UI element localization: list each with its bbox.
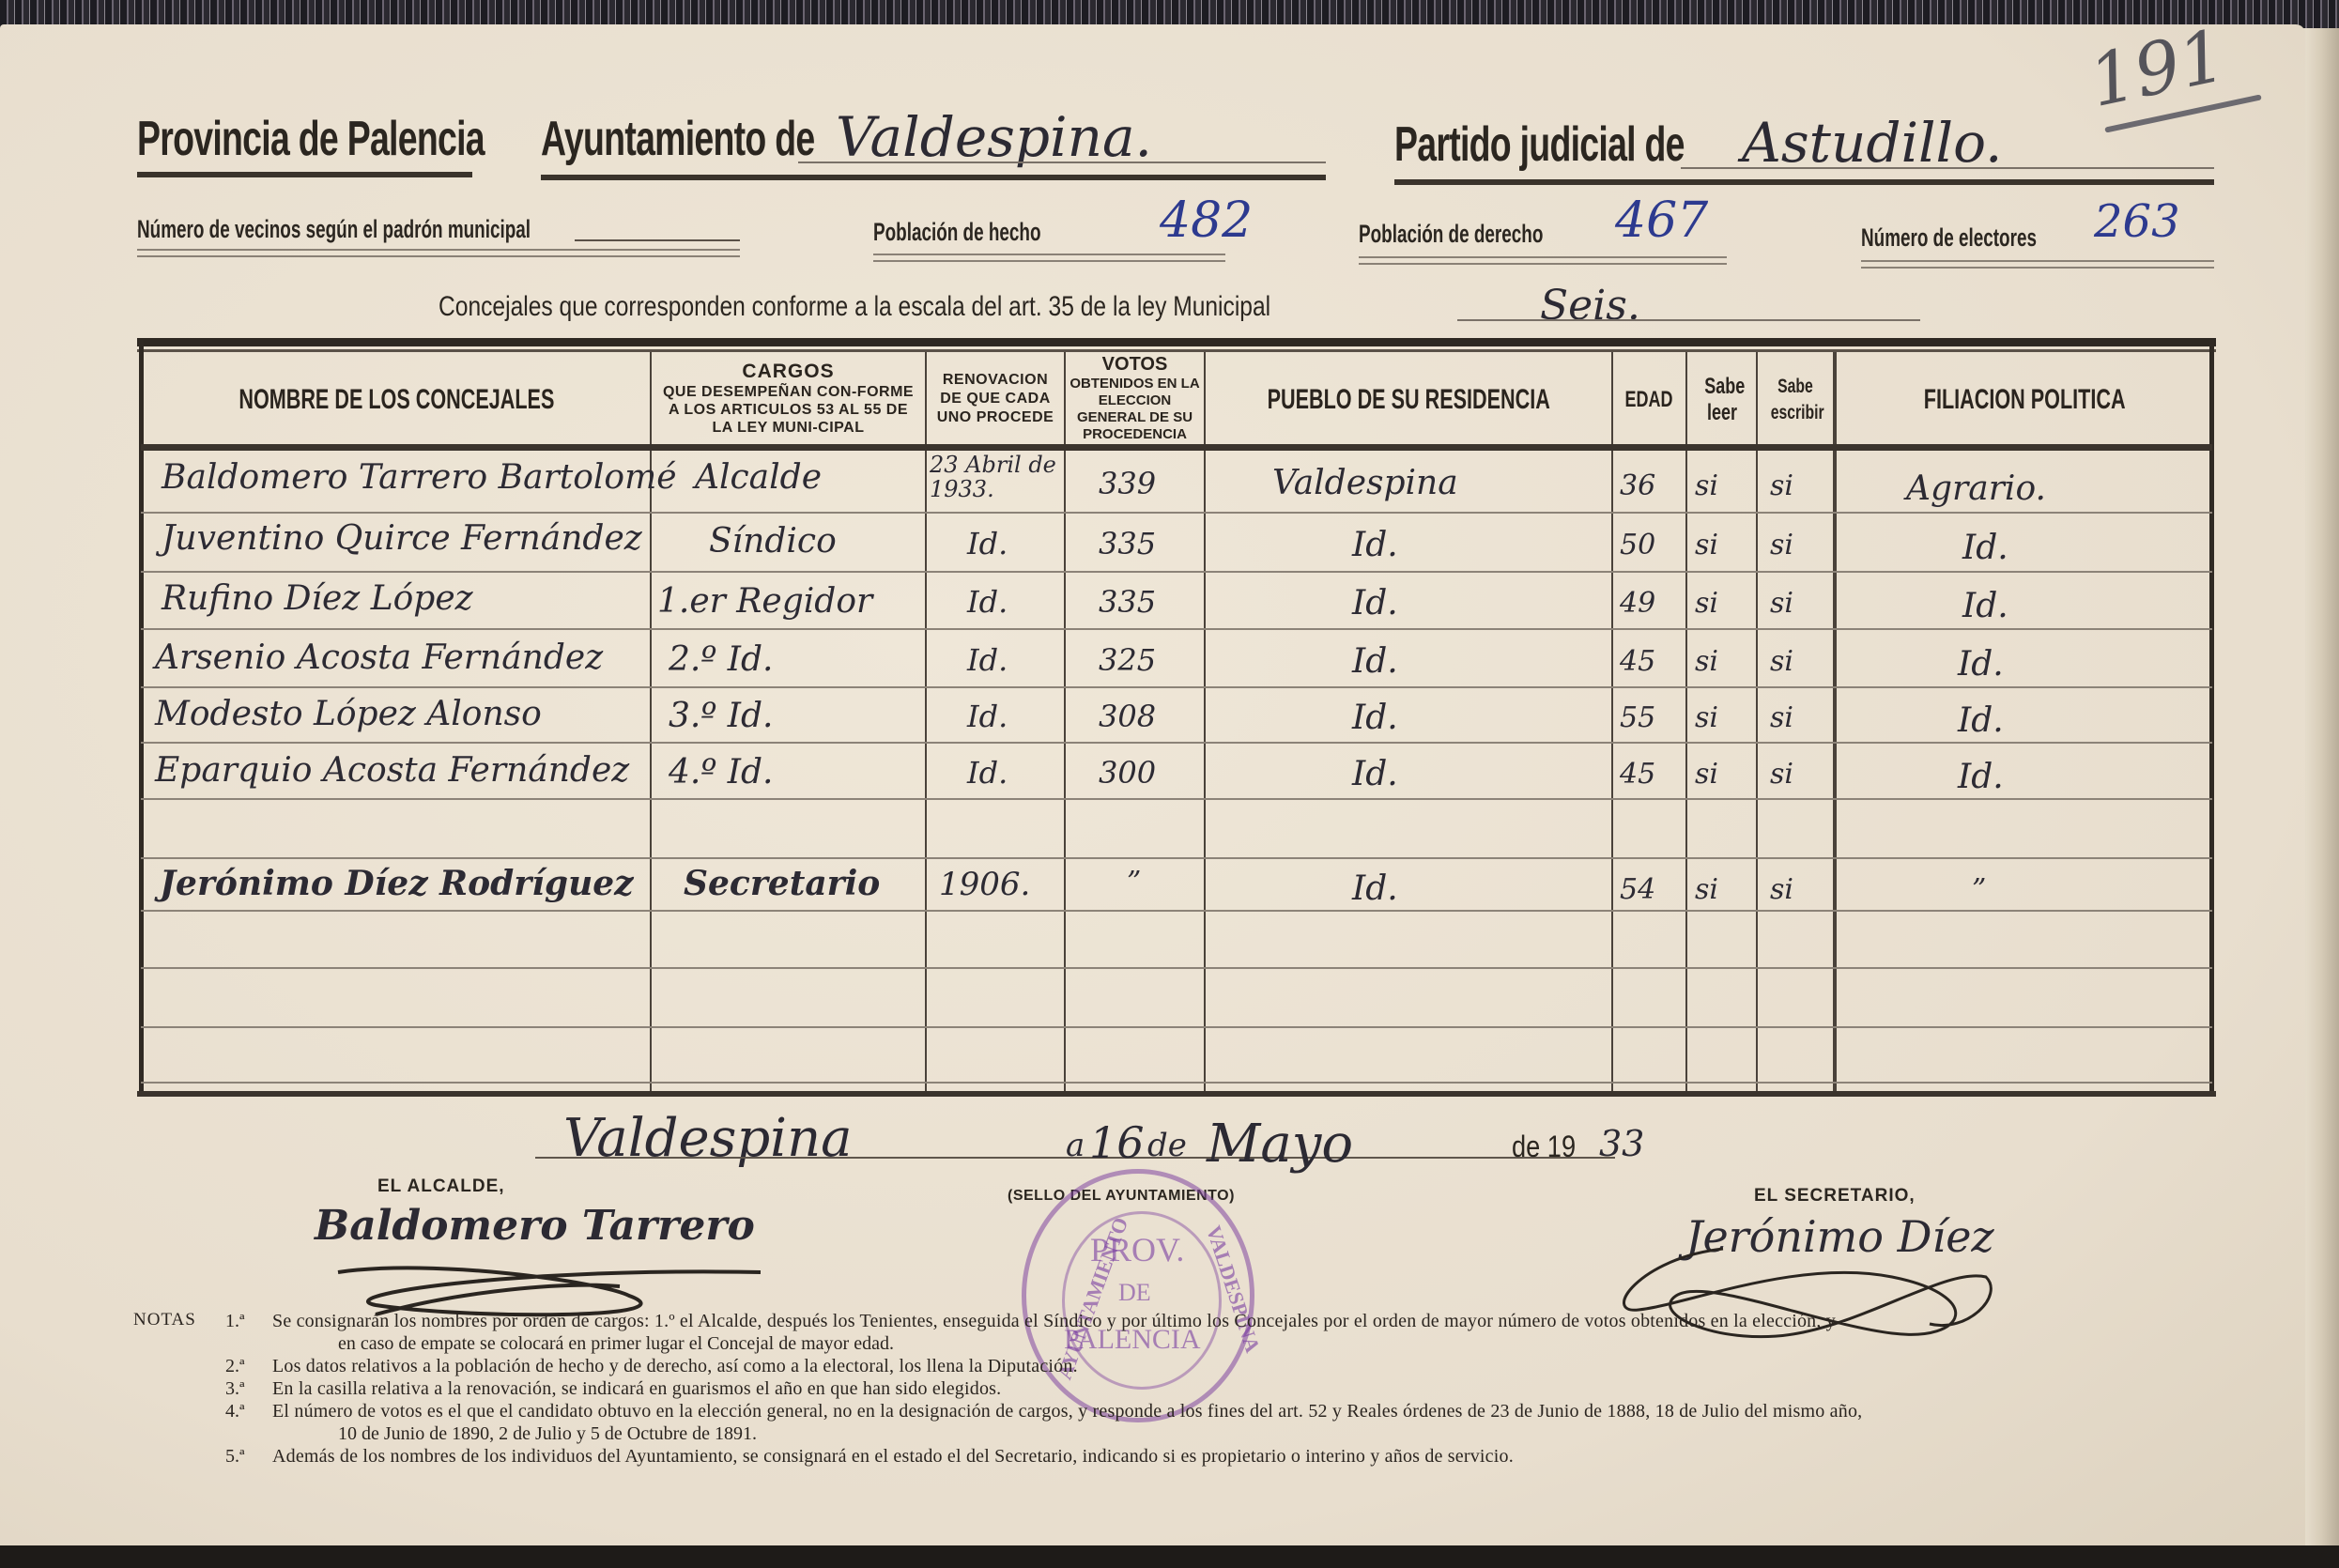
cell-renovacion: Id. — [967, 526, 1008, 561]
note-item: 4.ª El número de votos es el que el cand… — [133, 1400, 2246, 1422]
cell-pueblo: Id. — [1352, 869, 1398, 908]
cell-edad: 54 — [1620, 873, 1655, 906]
electores-rule-1 — [1861, 260, 2214, 262]
row-rule — [141, 628, 2212, 630]
cell-votos: 325 — [1099, 642, 1156, 678]
cell-filiacion: Id. — [1962, 587, 2008, 625]
header-sabe-escribir: Sabe escribir — [1758, 355, 1833, 444]
cell-escribir: si — [1770, 469, 1793, 502]
cell-leer: si — [1695, 469, 1718, 502]
col-divider — [1064, 352, 1066, 1097]
row-rule — [141, 1082, 2212, 1084]
electores-rule-2 — [1861, 267, 2214, 269]
poblacion-derecho-label: Población de derecho — [1359, 220, 1543, 249]
hecho-rule-1 — [873, 254, 1225, 255]
row-rule — [141, 512, 2212, 514]
header-bottom-border — [141, 444, 2212, 451]
derecho-rule-2 — [1359, 263, 1727, 265]
derecho-rule-1 — [1359, 256, 1727, 258]
row-rule — [141, 742, 2212, 744]
header-pueblo: PUEBLO DE SU RESIDENCIA — [1206, 355, 1611, 444]
cell-nombre: Jerónimo Díez Rodríguez — [160, 864, 634, 903]
partido-underline — [1394, 179, 2214, 185]
row-rule — [141, 910, 2212, 912]
cell-edad: 55 — [1620, 701, 1655, 734]
row-rule — [141, 967, 2212, 969]
cell-votos: 335 — [1099, 526, 1156, 561]
cell-filiacion: Agrario. — [1906, 469, 2046, 508]
cell-renovacion: Id. — [967, 584, 1008, 620]
alcalde-label: EL ALCALDE, — [377, 1176, 505, 1197]
header-nombre: NOMBRE DE LOS CONCEJALES — [144, 355, 650, 444]
bottom-shadow — [0, 1545, 2339, 1568]
vecinos-rule-2 — [137, 255, 740, 257]
cell-cargo: Síndico — [709, 522, 837, 561]
electores-label: Número de electores — [1861, 223, 2037, 253]
header-cargos: CARGOS QUE DESEMPEÑAN CON-FORME A LOS AR… — [652, 353, 925, 444]
cell-escribir: si — [1770, 701, 1793, 734]
cell-escribir: si — [1770, 873, 1793, 906]
cell-votos: 335 — [1099, 584, 1156, 620]
row-rule — [141, 1026, 2212, 1028]
cell-leer: si — [1695, 701, 1718, 734]
cell-filiacion: Id. — [1958, 758, 2004, 796]
note-item-continuation: en caso de empate se colocará en primer … — [133, 1332, 2246, 1355]
date-de1: de — [1147, 1127, 1187, 1164]
header-cargos-sub: QUE DESEMPEÑAN CON-FORME A LOS ARTICULOS… — [652, 383, 925, 437]
cell-filiacion: Id. — [1962, 529, 2008, 567]
hecho-rule-2 — [873, 260, 1225, 262]
cell-pueblo: Id. — [1352, 699, 1398, 737]
cell-votos: 300 — [1099, 755, 1156, 791]
partido-fill-line — [1681, 167, 2214, 169]
cell-votos: 308 — [1099, 699, 1156, 734]
col-divider — [1204, 352, 1206, 1097]
cell-escribir: si — [1770, 529, 1793, 561]
header-renovacion: RENOVACION DE QUE CADA UNO PROCEDE — [927, 353, 1064, 444]
cell-renovacion: Id. — [967, 699, 1008, 734]
cell-edad: 49 — [1620, 587, 1655, 620]
date-year-suffix: 33 — [1599, 1123, 1644, 1164]
ayuntamiento-fill-line — [798, 161, 1326, 163]
date-a: a — [1066, 1127, 1085, 1164]
cell-filiacion: Id. — [1958, 645, 2004, 684]
cell-nombre: Eparquio Acosta Fernández — [155, 751, 629, 790]
ayuntamiento-label: Ayuntamiento de — [541, 111, 815, 167]
cell-renovacion: 23 Abril de 1933. — [930, 453, 1061, 501]
cell-nombre: Juventino Quirce Fernández — [162, 519, 642, 558]
vecinos-rule-1 — [137, 249, 740, 251]
cell-cargo: Secretario — [684, 864, 880, 903]
stamp-text-mid: DE — [1118, 1279, 1151, 1307]
col-divider — [1756, 352, 1758, 1097]
date-place: Valdespina — [563, 1108, 853, 1169]
row-rule — [141, 857, 2212, 859]
table-bottom-border — [137, 1091, 2216, 1097]
cell-filiacion: ” — [1972, 873, 1986, 906]
header-votos: VOTOS OBTENIDOS EN LA ELECCION GENERAL D… — [1066, 353, 1204, 444]
vecinos-label: Número de vecinos según el padrón munici… — [137, 215, 531, 244]
secretario-label: EL SECRETARIO, — [1754, 1186, 1916, 1207]
cell-nombre: Rufino Díez López — [162, 579, 473, 618]
ayuntamiento-value: Valdespina. — [836, 105, 1152, 169]
cell-edad: 45 — [1620, 645, 1655, 678]
date-de2: de 19 — [1512, 1130, 1576, 1164]
cell-pueblo: Id. — [1352, 526, 1398, 564]
cell-votos: ” — [1127, 866, 1141, 899]
col-divider — [1833, 352, 1837, 1097]
cell-renovacion: Id. — [967, 755, 1008, 791]
row-rule — [141, 571, 2212, 573]
cell-escribir: si — [1770, 645, 1793, 678]
notes-section: NOTAS 1.ª Se consignarán los nombres por… — [133, 1310, 2246, 1468]
row-rule — [141, 798, 2212, 800]
poblacion-derecho-value: 467 — [1615, 192, 1708, 249]
cell-cargo: 2.º Id. — [669, 640, 773, 679]
cell-cargo: 3.º Id. — [669, 697, 773, 735]
header-filiacion: FILIACION POLITICA — [1837, 355, 2212, 444]
col-divider — [925, 352, 927, 1097]
cell-cargo: 4.º Id. — [669, 753, 773, 792]
note-item: 3.ª En la casilla relativa a la renovaci… — [133, 1377, 2246, 1400]
cell-nombre: Arsenio Acosta Fernández — [155, 638, 603, 677]
cell-renovacion: 1906. — [939, 866, 1030, 903]
partido-label: Partido judicial de — [1394, 116, 1685, 173]
note-item: 5.ª Además de los nombres de los individ… — [133, 1445, 2246, 1468]
note-item-continuation: 10 de Junio de 1890, 2 de Julio y 5 de O… — [133, 1422, 2246, 1445]
poblacion-hecho-label: Población de hecho — [873, 218, 1041, 247]
cell-pueblo: Valdespina — [1272, 464, 1458, 502]
cell-leer: si — [1695, 529, 1718, 561]
provincia-underline — [137, 172, 472, 177]
ayuntamiento-underline — [541, 175, 1326, 180]
header-cargos-title: CARGOS — [742, 361, 834, 383]
cell-cargo: Alcalde — [695, 458, 822, 497]
cell-pueblo: Id. — [1352, 642, 1398, 681]
cell-escribir: si — [1770, 587, 1793, 620]
cell-edad: 50 — [1620, 529, 1655, 561]
date-month: Mayo — [1207, 1114, 1353, 1175]
cell-edad: 36 — [1620, 469, 1655, 502]
concejales-value: Seis. — [1540, 282, 1640, 330]
cell-escribir: si — [1770, 758, 1793, 791]
header-votos-sub: OBTENIDOS EN LA ELECCION GENERAL DE SU P… — [1066, 376, 1204, 443]
date-day: 16 — [1089, 1117, 1145, 1168]
concejales-fill-line — [1457, 319, 1920, 321]
header-edad: EDAD — [1613, 355, 1685, 444]
note-item: 1.ª Se consignarán los nombres por orden… — [133, 1310, 2246, 1332]
cell-leer: si — [1695, 758, 1718, 791]
cell-cargo: 1.er Regidor — [657, 582, 872, 621]
cell-leer: si — [1695, 645, 1718, 678]
concejales-label: Concejales que corresponden conforme a l… — [439, 291, 1270, 323]
vecinos-fill-line — [575, 239, 740, 241]
cell-filiacion: Id. — [1958, 701, 2004, 740]
col-divider — [1685, 352, 1687, 1097]
cell-renovacion: Id. — [967, 642, 1008, 678]
cell-votos: 339 — [1099, 466, 1156, 501]
cell-leer: si — [1695, 873, 1718, 906]
cell-nombre: Modesto López Alonso — [155, 695, 542, 733]
electores-value: 263 — [2094, 195, 2180, 248]
cell-nombre: Baldomero Tarrero Bartolomé — [162, 458, 677, 497]
cell-pueblo: Id. — [1352, 755, 1398, 793]
alcalde-signature: Baldomero Tarrero — [315, 1202, 755, 1250]
poblacion-hecho-value: 482 — [1160, 192, 1253, 249]
cell-edad: 45 — [1620, 758, 1655, 791]
header-votos-title: VOTOS — [1102, 354, 1168, 376]
row-rule — [141, 686, 2212, 688]
header-sabe-leer: Sabe leer — [1687, 355, 1756, 444]
cell-leer: si — [1695, 587, 1718, 620]
note-item: 2.ª Los datos relativos a la población d… — [133, 1355, 2246, 1377]
cell-pueblo: Id. — [1352, 584, 1398, 623]
provincia-title: Provincia de Palencia — [137, 111, 485, 167]
partido-value: Astudillo. — [1742, 111, 2002, 175]
col-divider — [1611, 352, 1613, 1097]
